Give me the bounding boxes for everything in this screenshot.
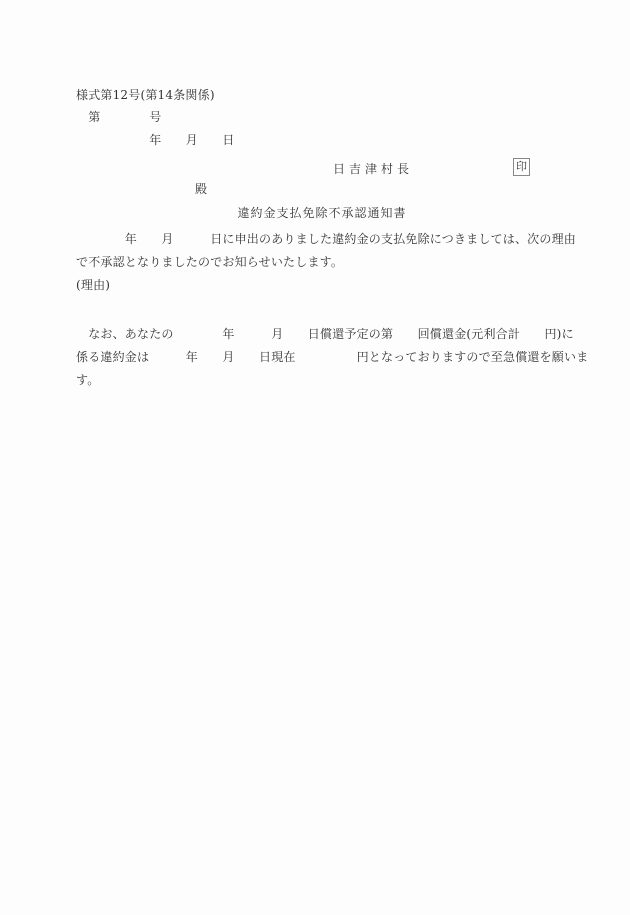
- document-title: 違約金支払免除不承認通知書: [76, 206, 568, 221]
- seal-mark: 印: [516, 160, 527, 173]
- sender-name: 日吉津村長: [333, 162, 413, 177]
- seal-box: 印: [513, 158, 530, 176]
- note-paragraph-line-2: 係る違約金は 年 月 日現在 円となっておりますので至急償還を願いま: [76, 350, 588, 365]
- form-number-line: 様式第12号(第14条関係): [76, 88, 215, 103]
- note-paragraph-line-3: す。: [76, 373, 99, 388]
- date-line: 年 月 日: [76, 133, 235, 148]
- document-number-line: 第 号: [76, 110, 161, 125]
- body-paragraph-line-1: 年 月 日に申出のありました違約金の支払免除につきましては、次の理由: [76, 232, 576, 247]
- addressee-suffix: 殿: [195, 182, 207, 197]
- document-page: 様式第12号(第14条関係) 第 号 年 月 日 日吉津村長 印 殿 違約金支払…: [0, 0, 630, 915]
- body-paragraph-line-2: で不承認となりましたのでお知らせいたします。: [76, 255, 343, 270]
- note-paragraph-line-1: なお、あなたの 年 月 日償還予定の第 回償還金(元利合計 円)に: [76, 327, 574, 342]
- reason-label: (理由): [76, 278, 110, 293]
